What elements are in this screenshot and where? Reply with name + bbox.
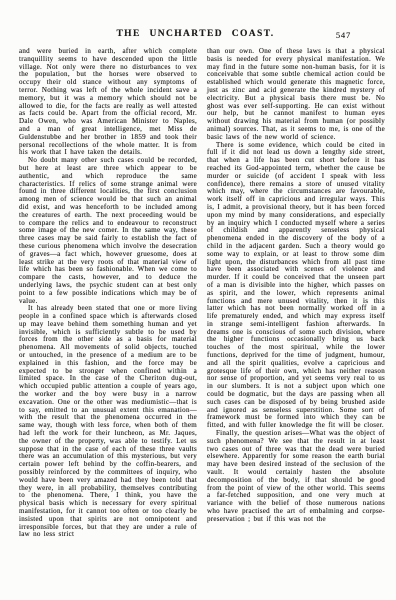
paragraph: than our own. One of these laws is that … — [207, 48, 385, 142]
left-column: and were buried in earth, after which co… — [19, 48, 197, 539]
paragraph: No doubt many other such cases could be … — [19, 157, 197, 305]
text-columns: and were buried in earth, after which co… — [19, 48, 385, 539]
book-page: THE UNCHARTED COAST. 547 and were buried… — [0, 0, 396, 600]
page-title: THE UNCHARTED COAST. — [13, 29, 378, 39]
page-header: THE UNCHARTED COAST. 547 — [20, 29, 385, 43]
paragraph: Finally, the question arises—What was th… — [207, 430, 385, 524]
paragraph: It has already been stated that one or m… — [19, 305, 197, 539]
page-number: 547 — [336, 30, 351, 40]
paragraph: There is some evidence, which could be c… — [207, 142, 385, 430]
right-column: than our own. One of these laws is that … — [207, 48, 385, 539]
paragraph: and were buried in earth, after which co… — [19, 48, 197, 157]
